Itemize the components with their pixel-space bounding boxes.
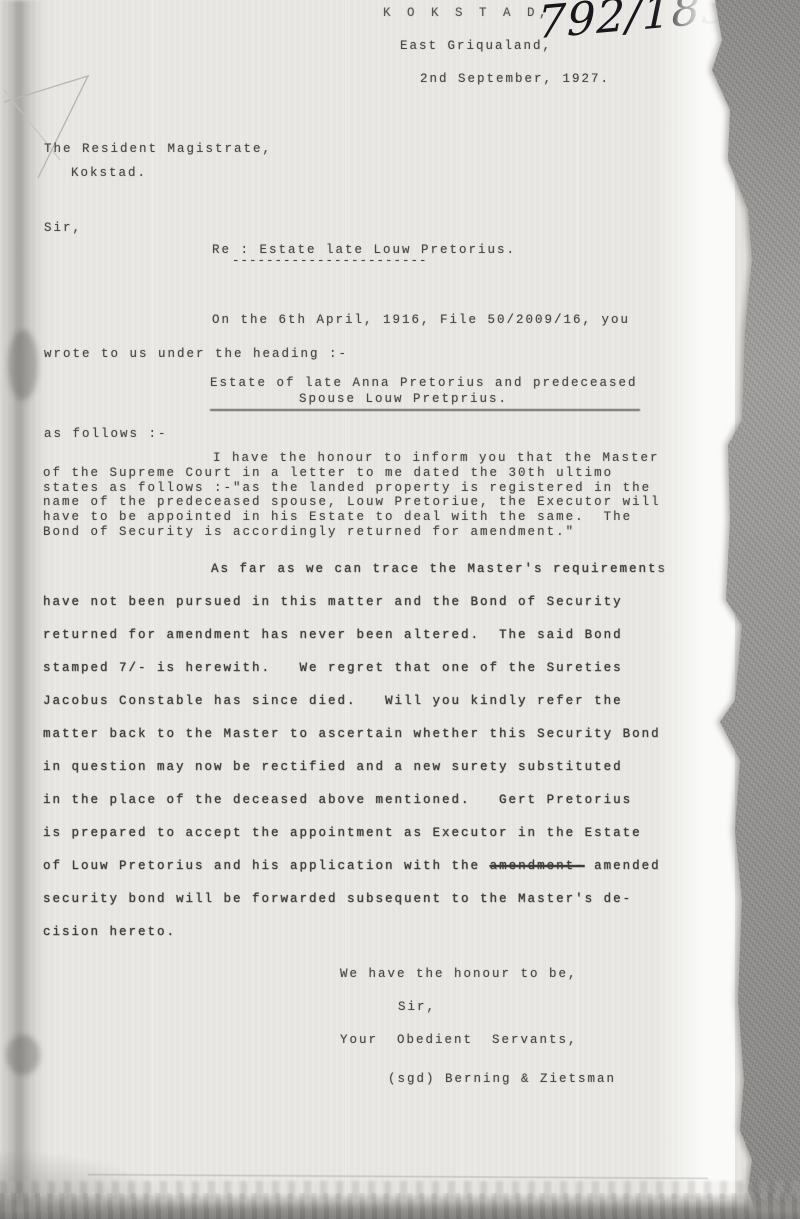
intro-line-1: On the 6th April, 1916, File 50/2009/16,… xyxy=(212,313,630,327)
closing-line-2: Sir, xyxy=(398,1000,436,1014)
quoted-heading-line-1: Estate of late Anna Pretorius and predec… xyxy=(210,376,638,390)
paragraph-1: I have the honour to inform you that the… xyxy=(43,451,698,540)
struck-word: amendment- xyxy=(490,859,585,873)
smudge-blob xyxy=(8,330,38,400)
letterhead-city: K O K S T A D, xyxy=(383,6,551,20)
closing-line-3: Your Obedient Servants, xyxy=(340,1033,578,1047)
signature-line: (sgd) Berning & Zietsman xyxy=(388,1072,616,1086)
paragraph-2-part-b: security bond will be forwarded subseque… xyxy=(43,883,708,949)
closing-line-1: We have the honour to be, xyxy=(340,967,578,981)
letterhead-region: East Griqualand, xyxy=(400,39,552,53)
bottom-scan-background xyxy=(0,1193,800,1219)
right-torn-band-wrap xyxy=(690,0,800,1219)
paragraph-2-struck-line: of Louw Pretorius and his application wi… xyxy=(43,850,708,883)
scanned-letter-page: K O K S T A D, 792/1831 East Griqualand,… xyxy=(0,0,800,1219)
quoted-heading-line-2: Spouse Louw Pretprius. xyxy=(299,392,508,406)
intro-line-2: wrote to us under the heading :- xyxy=(44,347,348,361)
letterhead-date: 2nd September, 1927. xyxy=(420,72,610,86)
heading-underline-rule xyxy=(210,409,640,411)
right-scan-background xyxy=(690,0,800,1219)
subject-underline: ----------------------- xyxy=(232,254,428,268)
smudge-blob xyxy=(6,1035,40,1075)
recipient-place: Kokstad. xyxy=(71,166,147,180)
struck-line-before: of Louw Pretorius and his application wi… xyxy=(43,859,490,873)
salutation: Sir, xyxy=(44,221,82,235)
struck-line-after: amended xyxy=(585,859,661,873)
recipient-name: The Resident Magistrate, xyxy=(44,142,272,156)
as-follows: as follows :- xyxy=(44,427,168,441)
paragraph-2-part-a: As far as we can trace the Master's requ… xyxy=(43,553,708,850)
